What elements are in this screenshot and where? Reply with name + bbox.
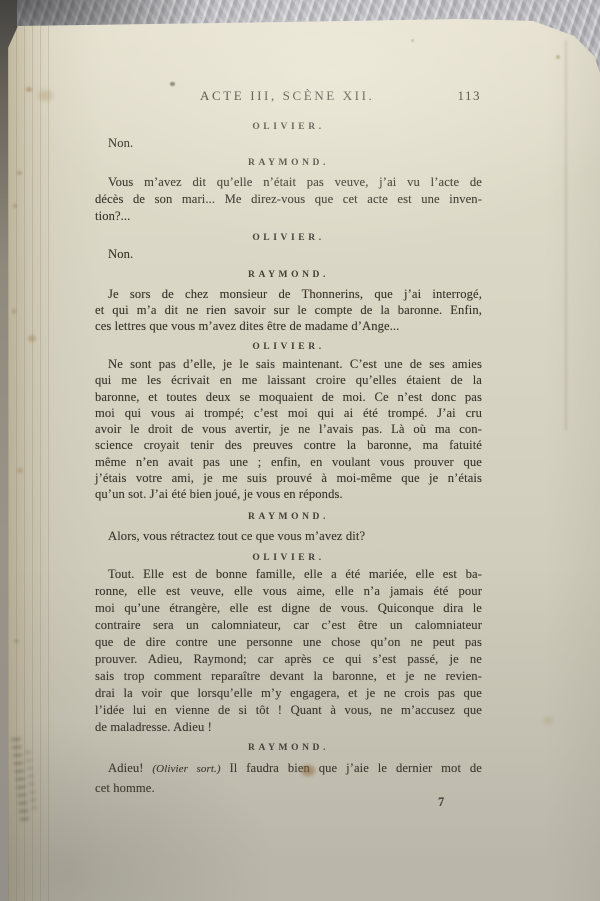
dialogue-line: Je sors de chez monsieur de Thonnerins, …: [95, 286, 482, 302]
dialogue-paragraph: Je sors de chez monsieur de Thonnerins, …: [95, 286, 482, 335]
dialogue-line: décès de son mari... Me direz-vous que c…: [95, 191, 482, 208]
dialogue-paragraph: Non.: [95, 135, 482, 152]
stain: [170, 82, 175, 86]
running-head: ACTE III, SCÈNE XII. 113: [95, 88, 482, 106]
book-page: ACTE III, SCÈNE XII. 113 OLIVIER. Non. R…: [8, 18, 600, 901]
stain: [556, 55, 560, 59]
page-crease: [565, 40, 567, 430]
dialogue-text: Il faudra bien que j’aie le dernier mot …: [221, 761, 482, 775]
signature-mark: 7: [438, 795, 444, 810]
speaker-heading: OLIVIER.: [95, 551, 482, 565]
dialogue-line: drai la voir que lorsqu’elle m’y engager…: [95, 685, 482, 702]
dialogue-line: avoir le droit de vous avertir, je ne l’…: [95, 421, 482, 437]
dialogue-line: ces lettres que vous m’avez dites être d…: [95, 318, 482, 334]
dialogue-line: ronne, elle est veuve, elle vous aime, e…: [95, 583, 482, 600]
dialogue-line: Adieu! (Olivier sort.) Il faudra bien qu…: [95, 759, 482, 779]
dialogue-paragraph: Ne sont pas d’elle, je le sais maintenan…: [95, 356, 482, 502]
stain: [544, 717, 553, 724]
dialogue-line: science croyait tenir des preuves contre…: [95, 437, 482, 453]
dialogue-text: Adieu!: [108, 761, 152, 775]
dialogue-paragraph: Adieu! (Olivier sort.) Il faudra bien qu…: [95, 759, 482, 798]
speaker-heading: OLIVIER.: [95, 340, 482, 354]
dialogue-line: qu’un sot. J’ai été bien joué, je vous e…: [95, 486, 482, 502]
dialogue-line: moi qu’une étrangère, elle est digne de …: [95, 600, 482, 617]
dialogue-line: sais trop comment reparaître devant la b…: [95, 668, 482, 685]
speaker-heading: RAYMOND.: [95, 268, 482, 282]
photo-of-book-page: { "page": { "header": { "title": "ACTE I…: [0, 0, 600, 901]
dialogue-line: j’étais votre ami, je me suis prouvé à m…: [95, 470, 482, 486]
dialogue-line: baronne, et toutes deux se moquaient de …: [95, 389, 482, 405]
speaker-heading: RAYMOND.: [95, 156, 482, 170]
running-head-title: ACTE III, SCÈNE XII.: [200, 88, 374, 104]
dialogue-line: Tout. Elle est de bonne famille, elle a …: [95, 566, 482, 583]
speaker-heading: RAYMOND.: [95, 510, 482, 524]
dialogue-line: et qui m’a dit ne rien savoir sur le com…: [95, 302, 482, 318]
dialogue-line: qui me les écrivait en me laissant croir…: [95, 372, 482, 388]
dialogue-line: tion?...: [95, 208, 482, 225]
dialogue-paragraph: Vous m’avez dit qu’elle n’était pas veuv…: [95, 174, 482, 225]
speaker-heading: RAYMOND.: [95, 741, 482, 755]
dialogue-line: Vous m’avez dit qu’elle n’était pas veuv…: [95, 174, 482, 191]
dialogue-paragraph: Non.: [95, 246, 482, 263]
dialogue-line: Alors, vous rétractez tout ce que vous m…: [95, 528, 482, 545]
dialogue-line: Ne sont pas d’elle, je le sais maintenan…: [95, 356, 482, 372]
dialogue-line: Non.: [95, 246, 482, 263]
dialogue-line: prouver. Adieu, Raymond; car après ce qu…: [95, 651, 482, 668]
dialogue-line: même n’en avait pas une ; enfin, en voul…: [95, 454, 482, 470]
dialogue-line: cet homme.: [95, 779, 482, 798]
speaker-heading: OLIVIER.: [95, 120, 482, 134]
dialogue-line: que de dire contre une personne une chos…: [95, 634, 482, 651]
dialogue-line: moi qui vous ai trompé; c’est moi qui ai…: [95, 405, 482, 421]
dialogue-paragraph: Tout. Elle est de bonne famille, elle a …: [95, 566, 482, 736]
dialogue-line: de maladresse. Adieu !: [95, 719, 482, 736]
stain: [411, 39, 414, 42]
dialogue-line: Non.: [95, 135, 482, 152]
speaker-heading: OLIVIER.: [95, 231, 482, 245]
stage-direction: (Olivier sort.): [152, 763, 220, 775]
dialogue-line: l’idée lui en vienne de si tôt ! Quant à…: [95, 702, 482, 719]
page-number: 113: [457, 88, 481, 104]
dialogue-line: contraire sera un calomniateur, car c’es…: [95, 617, 482, 634]
dialogue-paragraph: Alors, vous rétractez tout ce que vous m…: [95, 528, 482, 545]
